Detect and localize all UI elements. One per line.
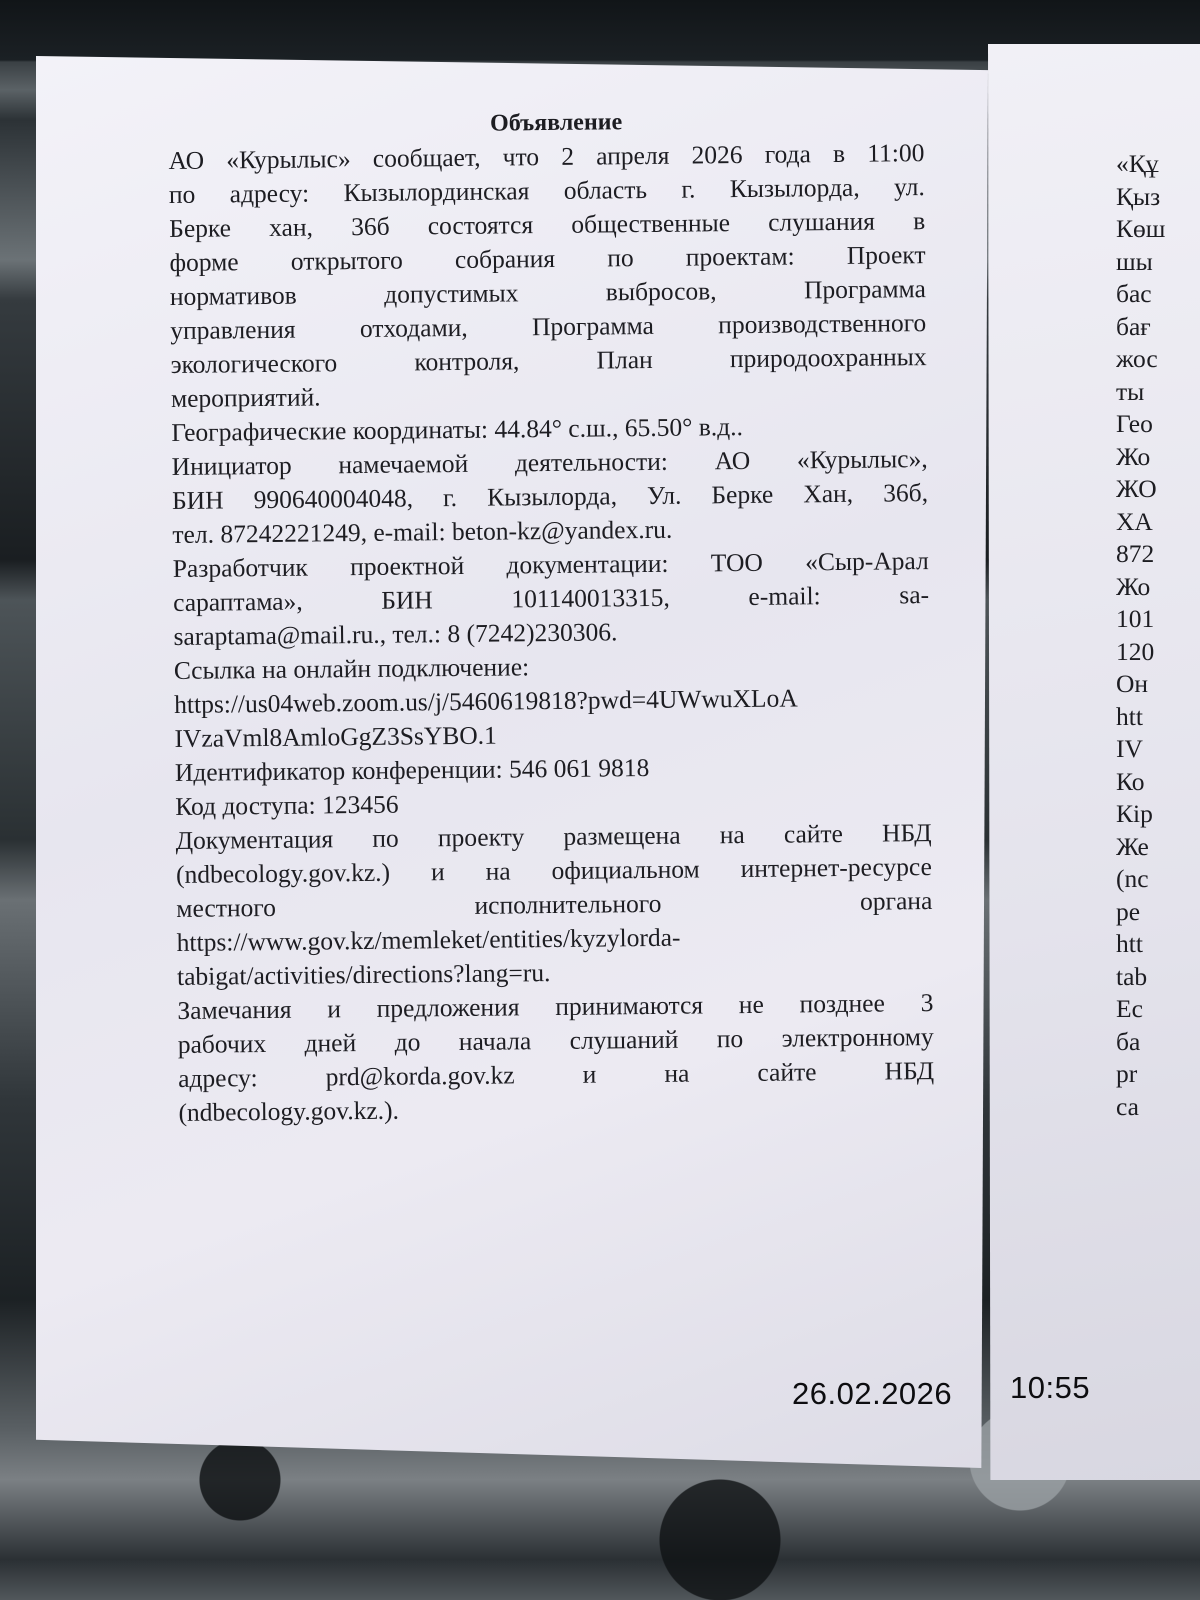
text-fragment: ре — [1116, 896, 1200, 929]
text-fragment: ХА — [1116, 506, 1200, 539]
text-fragment: ЖО — [1116, 473, 1200, 506]
text-fragment: Жо — [1116, 441, 1200, 474]
initiator-paragraph: Инициаторнамечаемойдеятельности:АО«Курыл… — [172, 442, 929, 552]
text-fragment: Он — [1116, 668, 1200, 701]
text-fragment: «Құ — [1116, 148, 1200, 181]
text-fragment: Қыз — [1116, 181, 1200, 214]
developer-paragraph: Разработчикпроектнойдокументации:ТОО«Сыр… — [173, 544, 930, 654]
text-fragment: бағ — [1116, 311, 1200, 344]
notice-content: Объявление АО«Курылыс»сообщает,что2апрел… — [168, 104, 935, 1130]
text-fragment: (nc — [1116, 863, 1200, 896]
photo-date-stamp: 26.02.2026 — [792, 1376, 952, 1412]
text-fragment: pr — [1116, 1058, 1200, 1091]
text-fragment: са — [1116, 1091, 1200, 1124]
text-fragment: шы — [1116, 246, 1200, 279]
text-fragment: Ко — [1116, 766, 1200, 799]
text-fragment: 872 — [1116, 538, 1200, 571]
text-fragment: ба — [1116, 1026, 1200, 1059]
text-fragment: бас — [1116, 278, 1200, 311]
text-fragment: htt — [1116, 701, 1200, 734]
text-fragment: htt — [1116, 928, 1200, 961]
documentation-paragraph: ДокументацияпопроектуразмещенанасайтеНБД… — [175, 816, 933, 994]
text-fragment: Көш — [1116, 213, 1200, 246]
text-fragment: 101 — [1116, 603, 1200, 636]
text-fragment: Же — [1116, 831, 1200, 864]
text-fragment: Гео — [1116, 408, 1200, 441]
text-fragment: IV — [1116, 733, 1200, 766]
photo-time-stamp: 10:55 — [1010, 1370, 1090, 1406]
comments-paragraph: Замечанияипредложенияпринимаютсянепоздне… — [177, 986, 934, 1130]
text-fragment: ты — [1116, 376, 1200, 409]
text-fragment: tab — [1116, 961, 1200, 994]
kazakh-notice-text: «ҚұҚызКөшшыбасбағжостыГеоЖоЖОХА872Жо1011… — [1116, 148, 1200, 1123]
text-fragment: Ес — [1116, 993, 1200, 1026]
text-fragment: 120 — [1116, 636, 1200, 669]
text-fragment: жос — [1116, 343, 1200, 376]
text-fragment: Жо — [1116, 571, 1200, 604]
text-fragment: Кір — [1116, 798, 1200, 831]
announcement-paragraph: АО«Курылыс»сообщает,что2апреля2026годав1… — [168, 136, 927, 416]
